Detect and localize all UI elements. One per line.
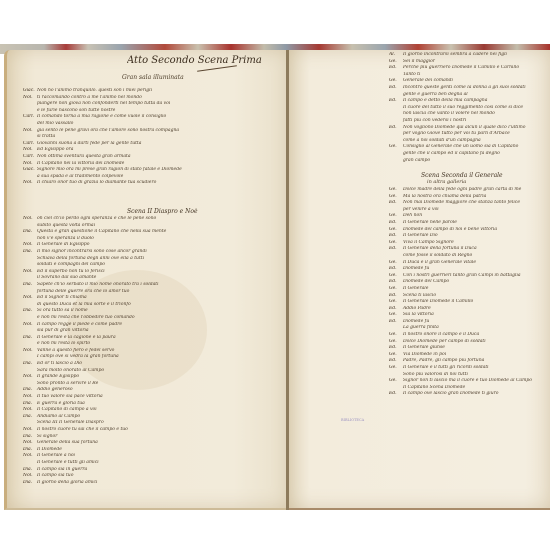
manuscript-line: Giac.Non ho l'animo tranquillo. questi s… [23,88,288,95]
dialogue-text: Il Diomede [37,447,62,452]
dialogue-text: Il Capitano Scena Diomede [403,385,465,390]
dialogue-text: I campi ove si vedrà la gran fortuna [37,354,119,359]
manuscript-line: Ge.Generale dei comandi [389,78,549,85]
dialogue-text: Ed Egisippo ora [37,147,73,152]
manuscript-line: Dia.Addio generoso [23,387,288,394]
dialogue-text: subito questa volta ormai [37,223,95,228]
manuscript-line: Dia.Andiamo al Campo [23,414,288,421]
dialogue-text: Giovanni suona a darti fede per la gente… [37,141,141,146]
dialogue-text: Il cuore del tutto il suo reggimento cos… [403,105,523,110]
manuscript-line: Nol.Il Generale di Egisippo [23,242,288,249]
manuscript-line: Ed.Addio Padre [389,306,549,313]
speaker-label: Dia. [23,229,37,236]
manuscript-line: Ed.Il campo ove lascio gran Diomede ti g… [389,391,549,398]
dialogue-text: Non ottima sventura questa gran armata [37,154,131,159]
manuscript-line: e le furie nascono son tutte nostre [23,108,288,115]
manuscript-line: Ed.Diomede fu [389,266,549,273]
manuscript-line: Nol.oh ciel ch'io perdo ogni speranza e … [23,216,288,223]
dialogue-text: Il Generale [403,286,428,291]
speaker-label: Dia. [23,308,37,315]
act-title: Atto Secondo Scena Prima [127,55,262,66]
dialogue-text: Sono più valorosi di noi tutti [403,372,468,377]
speaker-label: Ed. [389,233,403,240]
dialogue-text: oh ciel ch'io perdo ogni speranza e che … [37,216,156,221]
dialogue-text: Addio Padre [403,306,431,311]
dialogue-text: e le furie nascono son tutte nostre [37,108,115,113]
speaker-label: Ge. [389,59,403,66]
dialogue-text: Il Capitano di campo a voi [37,407,97,412]
manuscript-line: Ge.Dolce Diomede per campo di soldati [389,339,549,346]
dialogue-text: Non vogliono Diomede qui alcun il quale … [403,125,525,130]
manuscript-line: Ed.Il Generale giunse [389,345,549,352]
speaker-label: Nol. [23,453,37,460]
speaker-label: Ed. [389,306,403,313]
dialogue-text: gente e guerra ben degna al [403,92,468,97]
manuscript-line: Ed.Incontro queste genti come la donna a… [389,85,549,92]
dialogue-text: Con i nostri guerrieri tanto gran Campi … [403,273,521,278]
speaker-label: Ge. [389,273,403,280]
speaker-label: Ed. [389,98,403,105]
dialogue-text: Diomede fu [403,319,429,324]
dialogue-text: non v'è speranza il duolo [37,236,94,241]
manuscript-line: Nol.Ed il Signor ti chiama [23,295,288,302]
manuscript-line: Sono pronto a servire il Re [23,381,288,388]
dialogue-text: Sia la vittoria [403,312,434,317]
dialogue-text: Sono pronto a servire il Re [37,381,98,386]
manuscript-line: Ge.Il Generale Diomede il Camillo [389,299,549,306]
speaker-label: Ed. [389,345,403,352]
manuscript-line: Ge.Il Generale e il tutti gli ricordi so… [389,365,549,372]
manuscript-line: Ed.Non mai Diomede maggiore che stanza t… [389,200,549,207]
manuscript-line: Nol.Il chiaro onor tuo di grazia lo diam… [23,180,288,187]
manuscript-line: Ge.Consiglio al Generale che un uomo sia… [389,144,549,151]
manuscript-line: Ed.Perché più guerriero Diomede il Camil… [389,65,549,72]
speaker-label: Ed. [389,319,403,326]
speaker-label: Dia. [23,387,37,394]
dialogue-text: Via Diomede in poi [403,352,446,357]
manuscript-line: Dia.Il giorno della gloria amici [23,480,288,487]
dialogue-text: e non mi resta che l'obbedire tuo comand… [37,315,135,320]
dialogue-text: di questo Duca et la mia sorte e il trio… [37,302,131,307]
dialogue-text: Generale della sua fortuna [37,440,98,445]
dialogue-text: Signor non ti lascio ma il cuore è tuo D… [403,378,532,383]
speaker-label: Nol. [23,374,37,381]
dialogue-text: Ed il superbo non tu lo ferisci [37,269,105,274]
manuscript-line: come fosse il soldato di Regno [389,253,549,260]
dialogue-text: Il nostro onore il campo e il Duca [403,332,479,337]
speaker-label: Dia. [23,434,37,441]
speaker-label: Ge. [389,286,403,293]
speaker-label: Dia. [23,361,37,368]
manuscript-line: Ed.Non vogliono Diomede qui alcun il qua… [389,125,549,132]
manuscript-line: Ge.Dolce madre della fede ogni padre gra… [389,187,549,194]
manuscript-line: e non mi resta lo spirto [23,341,288,348]
manuscript-line: Sono più valorosi di noi tutti [389,372,549,379]
dialogue-text: Sì signor [37,434,57,439]
manuscript-line: come a noi soldati d'un campagna [389,138,549,145]
manuscript-line: Dia.Il campo sia in guerra [23,467,288,474]
speaker-label: Nol. [23,394,37,401]
manuscript-line: Nol.Il Capitano nei la vittoria dei Diom… [23,161,288,168]
dialogue-text: Il tuo valore sia pace vittoria [37,394,103,399]
dialogue-text: Il mio signor incontrarsi sono cose anco… [37,249,147,254]
manuscript-line: il Sovrano dal suo amante [23,275,288,282]
manuscript-line: Ge.Deh non [389,213,549,220]
manuscript-line: Dia.E guerra e gloria tua [23,401,288,408]
scene-description: in altra galleria [427,179,466,185]
manuscript-line: Ge.Il Duca e il gran Generale vitale [389,260,549,267]
manuscript-line: Nol.Il nostro cuore tu sai che il campo … [23,427,288,434]
speaker-label: Ge. [389,240,403,247]
scene-description: Gran sala illuminata [122,74,184,81]
dialogue-text: ti raccomando contro a me l'animo nel mo… [37,95,142,100]
manuscript-line: Nol.Il Generale a noi [23,453,288,460]
manuscript-line: Ge.Via Diomede in poi [389,352,549,359]
dialogue-text: Schiava della fortuna degli anni ove ell… [37,256,144,261]
dialogue-block-scene-1: Giac.Non ho l'animo tranquillo. questi s… [23,88,288,187]
dialogue-text: Padre, Padre, gli campo più fortuna [403,358,484,363]
speaker-label: Giac. [23,167,37,174]
manuscript-line: Ed.Diomede del Campo [389,279,549,286]
dialogue-text: Sapete ch'io serbato il mio nome onorato… [37,282,159,287]
dialogue-text: Vanne a questo fiero e fedel servo [37,348,114,353]
library-stamp: BIBLIOTECA [341,418,369,430]
speaker-label: Nol. [23,216,37,223]
dialogue-text: Sarà molto onorato al Campo [37,368,104,373]
speaker-label: Nol. [23,427,37,434]
speaker-label: Al. [389,52,403,59]
dialogue-text: Il chiaro onor tuo di grazia lo diamante… [37,180,156,185]
speaker-label: Dia. [23,249,37,256]
dialogue-text: Diomede fu [403,266,429,271]
speaker-label: Giac. [23,88,37,95]
speaker-label: Dia. [23,467,37,474]
speaker-label: Ge. [389,352,403,359]
open-manuscript: Atto Secondo Scena Prima Gran sala illum… [0,50,550,512]
dialogue-text: del mio vassallo [37,121,73,126]
dialogue-block-bottom: Ge.Dolce madre della fede ogni padre gra… [389,187,549,398]
speaker-label: Nol. [23,95,37,102]
manuscript-line: Carl.Giovanni suona a darti fede per la … [23,141,288,148]
manuscript-line: per voglio Giove tutto per voi tu parli … [389,131,549,138]
dialogue-text: Ed il Signor ti chiama [37,295,87,300]
manuscript-line: Dia.Sapete ch'io serbato il mio nome ono… [23,282,288,289]
speaker-label: Dia. [23,401,37,408]
dialogue-text: Il Generale giunse [403,345,445,350]
speaker-label: Ge. [389,339,403,346]
speaker-label: Ed. [389,391,403,398]
manuscript-line: Il cuore del tutto il suo reggimento cos… [389,105,549,112]
dialogue-text: Deh non [403,213,422,218]
manuscript-line: di questo Duca et la mia sorte e il trio… [23,302,288,309]
scene-heading: Scena Seconda il Generale [421,172,503,179]
dialogue-text: Viva il Campo Signore [403,240,454,245]
dialogue-text: Il Generale nelle parole [403,220,457,225]
speaker-label: Ed. [389,279,403,286]
manuscript-line: fortuna delle guerre ora che lo amor tuo [23,289,288,296]
manuscript-line: Ge.Diomede del campo di noi è bene vitto… [389,227,549,234]
manuscript-line: Dia.Sì signor [23,434,288,441]
manuscript-line: non lascia che vanto il volere nel mondo [389,111,549,118]
manuscript-line: Ed.Scena ti lascio [389,293,549,300]
speaker-label: Carl. [23,114,37,121]
dialogue-text: Il Generale è la cagione e la paura [37,335,116,340]
manuscript-line: Nol.Ed il superbo non tu lo ferisci [23,269,288,276]
scene-heading: Scena II Diaspro e Noè [127,208,198,215]
manuscript-line: Ed.Diomede fu [389,319,549,326]
dialogue-text: Il campo sia tuo [37,473,73,478]
speaker-label: Ed. [389,200,403,207]
speaker-label: Ge. [389,227,403,234]
manuscript-line: fatti più con vedersi i nostri [389,118,549,125]
dialogue-text: Il campo regge il piede e come padre [37,322,122,327]
manuscript-line: Nol.Il campo sia tuo [23,473,288,480]
speaker-label: Dia. [23,282,37,289]
speaker-label: Nol. [23,161,37,168]
dialogue-text: Il Duca e il gran Generale vitale [403,260,476,265]
speaker-label: Ed. [389,125,403,132]
manuscript-line: non v'è speranza il duolo [23,236,288,243]
dialogue-text: Scena III Il Generale Diaspro [37,420,104,425]
dialogue-text: Ma la nostra ora chiama della patria [403,194,486,199]
dialogue-text: Il campo è detto della mia campagna [403,98,487,103]
manuscript-line: Ge.Sia la vittoria [389,312,549,319]
dialogue-text: Non ho l'animo tranquillo. questi son i … [37,88,152,93]
speaker-label: Ed. [389,266,403,273]
dialogue-text: Dolce madre della fede ogni padre gran c… [403,187,521,192]
manuscript-line: gran campo [389,158,549,165]
manuscript-line: Nol.Il tuo valore sia pace vittoria [23,394,288,401]
manuscript-line: Nol.Il campo regge il piede e come padre [23,322,288,329]
right-page: Al.Il giorno incontrarsi sembra a cadere… [289,50,550,510]
dialogue-text: per venire a voi [403,207,439,212]
dialogue-text: si tratta [37,134,55,139]
dialogue-text: fortuna delle guerre ora che lo amor tuo [37,289,129,294]
manuscript-line: Dia.Il Generale è la cagione e la paura [23,335,288,342]
dialogue-text: Sei il maggior [403,59,435,64]
manuscript-line: La guerra finita [389,325,549,332]
speaker-label: Dia. [23,480,37,487]
manuscript-line: Nol.Generale della sua fortuna [23,440,288,447]
manuscript-line: Giac.Signore mio ora mi prese gran ragio… [23,167,288,174]
dialogue-text: Il giorno incontrarsi sembra a cadere ne… [403,52,507,57]
manuscript-line: Il Generale e tutti gli amici [23,460,288,467]
manuscript-line: Dia.Il mio signor incontrarsi sono cose … [23,249,288,256]
dialogue-text: Il Generale e il tutti gli ricordi solda… [403,365,489,370]
manuscript-line: a sua spada e al tradimento colpevole [23,174,288,181]
dialogue-text: Ed or ti lascio a Dio [37,361,82,366]
manuscript-line: e non mi resta che l'obbedire tuo comand… [23,315,288,322]
dialogue-text: già sento le pene gravi ora che l'amore … [37,128,179,133]
dialogue-text: il Sovrano dal suo amante [37,275,96,280]
speaker-label: Ge. [389,187,403,194]
speaker-label: Nol. [23,269,37,276]
speaker-label: Dia. [23,414,37,421]
dialogue-text: La guerra finita [403,325,439,330]
manuscript-line: Dia.Ed or ti lascio a Dio [23,361,288,368]
speaker-label: Nol. [23,407,37,414]
speaker-label: Ge. [389,378,403,385]
dialogue-text: Il Generale e tutti gli amici [37,460,99,465]
speaker-label: Dia. [23,335,37,342]
manuscript-line: Sarà molto onorato al Campo [23,368,288,375]
dialogue-text: Addio generoso [37,387,73,392]
manuscript-line: Ge.Il nostro onore il campo e il Duca [389,332,549,339]
dialogue-text: non lascia che vanto il volere nel mondo [403,111,495,116]
dialogue-text: Il Generale Diomede il Camillo [403,299,473,304]
manuscript-line: Ed.Il Generale Dio [389,233,549,240]
manuscript-line: Dia.Sì ora tutto sa il nome [23,308,288,315]
speaker-label: Ed. [389,293,403,300]
manuscript-line: Ge.Il Generale [389,286,549,293]
manuscript-line: sia pur di gran vittoria [23,328,288,335]
dialogue-text: sia pur di gran vittoria [37,328,89,333]
manuscript-line: Ed.Padre, Padre, gli campo più fortuna [389,358,549,365]
manuscript-line: soldati e compagni del campo [23,262,288,269]
manuscript-line: Nol.Il grande Egisippo [23,374,288,381]
dialogue-text: Il campo sia in guerra [37,467,87,472]
dialogue-text: E guerra e gloria tua [37,401,85,406]
dialogue-text: Sì ora tutto sa il nome [37,308,88,313]
speaker-label: Nol. [23,473,37,480]
dialogue-text: Tanto ti [403,72,420,77]
dialogue-text: Incontro queste genti come la donna a gl… [403,85,526,90]
left-page: Atto Secondo Scena Prima Gran sala illum… [4,50,290,510]
manuscript-line: Ge.Viva il Campo Signore [389,240,549,247]
dialogue-text: Non mai Diomede maggiore che stanza tant… [403,200,520,205]
speaker-label: Ge. [389,260,403,267]
dialogue-text: come fosse il soldato di Regno [403,253,472,258]
speaker-label: Ed. [389,246,403,253]
dialogue-text: gran campo [403,158,430,163]
dialogue-text: Scena ti lascio [403,293,436,298]
manuscript-line: Ge.Signor non ti lascio ma il cuore è tu… [389,378,549,385]
dialogue-block-top: Al.Il giorno incontrarsi sembra a cadere… [389,52,549,164]
dialogue-text: Il Capitano nei la vittoria dei Diomede [37,161,124,166]
manuscript-line: si tratta [23,134,288,141]
manuscript-line: Carl.Il comando torna a mia ragione e co… [23,114,288,121]
dialogue-text: Il grande Egisippo [37,374,79,379]
manuscript-line: Tanto ti [389,72,549,79]
speaker-label: Carl. [23,141,37,148]
manuscript-line: Dia.Il Diomede [23,447,288,454]
dialogue-text: Diomede del Campo [403,279,449,284]
title-flourish [197,65,237,72]
speaker-label: Ge. [389,332,403,339]
dialogue-text: e non mi resta lo spirto [37,341,90,346]
dialogue-text: soldati e compagni del campo [37,262,105,267]
manuscript-line: Nol.Vanne a questo fiero e fedel servo [23,348,288,355]
speaker-label: Nol. [23,295,37,302]
dialogue-text: piangere non giova non confonderti nel t… [37,101,170,106]
manuscript-line: gente e guerra ben degna al [389,92,549,99]
speaker-label: Nol. [23,242,37,249]
dialogue-text: gente che il campo ed il capitano fa deg… [403,151,500,156]
speaker-label: Nol. [23,440,37,447]
dialogue-text: Signore mio ora mi prese gran ragion di … [37,167,182,172]
dialogue-text: Andiamo al Campo [37,414,80,419]
manuscript-line: per venire a voi [389,207,549,214]
manuscript-line: Nol.Il Capitano di campo a voi [23,407,288,414]
manuscript-line: Nol.ti raccomando contro a me l'animo ne… [23,95,288,102]
manuscript-line: Ed.Il Generale nelle parole [389,220,549,227]
speaker-label: Ge. [389,213,403,220]
speaker-label: Ed. [389,65,403,72]
dialogue-text: fatti più con vedersi i nostri [403,118,466,123]
speaker-label: Ge. [389,365,403,372]
dialogue-block-scene-2: Nol.oh ciel ch'io perdo ogni speranza e … [23,216,288,486]
speaker-label: Dia. [23,447,37,454]
speaker-label: Carl. [23,154,37,161]
dialogue-text: Il Generale della fortuna il Duca [403,246,477,251]
dialogue-text: Il Generale di Egisippo [37,242,89,247]
speaker-label: Ge. [389,78,403,85]
manuscript-line: Il Capitano Scena Diomede [389,385,549,392]
dialogue-text: Il giorno della gloria amici [37,480,97,485]
speaker-label: Ed. [389,220,403,227]
speaker-label: Ge. [389,144,403,151]
dialogue-text: Il nostro cuore tu sai che il campo è tu… [37,427,128,432]
manuscript-line: subito questa volta ormai [23,223,288,230]
speaker-label: Ge. [389,194,403,201]
speaker-label: Ed. [389,85,403,92]
dialogue-text: Questa è gran questione il Capitano che … [37,229,166,234]
dialogue-text: Il campo ove lascio gran Diomede ti giur… [403,391,498,396]
dialogue-text: Diomede del campo di noi è bene vittoria [403,227,497,232]
manuscript-line: Ge.Sei il maggior [389,59,549,66]
speaker-label: Nol. [23,147,37,154]
manuscript-line: Nol.Ed Egisippo ora [23,147,288,154]
speaker-label: Ed. [389,358,403,365]
manuscript-line: del mio vassallo [23,121,288,128]
dialogue-text: Il Generale a noi [37,453,75,458]
manuscript-line: I campi ove si vedrà la gran fortuna [23,354,288,361]
manuscript-line: Ed.Il campo è detto della mia campagna [389,98,549,105]
manuscript-line: Carl.Non ottima sventura questa gran arm… [23,154,288,161]
speaker-label: Nol. [23,128,37,135]
dialogue-text: Consiglio al Generale che un uomo sia di… [403,144,518,149]
dialogue-text: per voglio Giove tutto per voi tu parli … [403,131,510,136]
manuscript-line: Dia.Questa è gran questione il Capitano … [23,229,288,236]
manuscript-line: Al.Il giorno incontrarsi sembra a cadere… [389,52,549,59]
dialogue-text: Il Generale Dio [403,233,438,238]
dialogue-text: a sua spada e al tradimento colpevole [37,174,123,179]
manuscript-line: Schiava della fortuna degli anni ove ell… [23,256,288,263]
manuscript-line: Nol.già sento le pene gravi ora che l'am… [23,128,288,135]
dialogue-text: Dolce Diomede per campo di soldati [403,339,486,344]
dialogue-text: Il comando torna a mia ragione e come vu… [37,114,166,119]
speaker-label: Nol. [23,348,37,355]
manuscript-line: Scena III Il Generale Diaspro [23,420,288,427]
dialogue-text: Generale dei comandi [403,78,453,83]
dialogue-text: come a noi soldati d'un campagna [403,138,481,143]
manuscript-line: Ge.Con i nostri guerrieri tanto gran Cam… [389,273,549,280]
speaker-label: Nol. [23,180,37,187]
manuscript-line: gente che il campo ed il capitano fa deg… [389,151,549,158]
speaker-label: Nol. [23,322,37,329]
manuscript-line: Ge.Ma la nostra ora chiama della patria [389,194,549,201]
manuscript-line: Ed.Il Generale della fortuna il Duca [389,246,549,253]
speaker-label: Ge. [389,312,403,319]
dialogue-text: Perché più guerriero Diomede il Camillo … [403,65,519,70]
manuscript-line: piangere non giova non confonderti nel t… [23,101,288,108]
speaker-label: Ge. [389,299,403,306]
